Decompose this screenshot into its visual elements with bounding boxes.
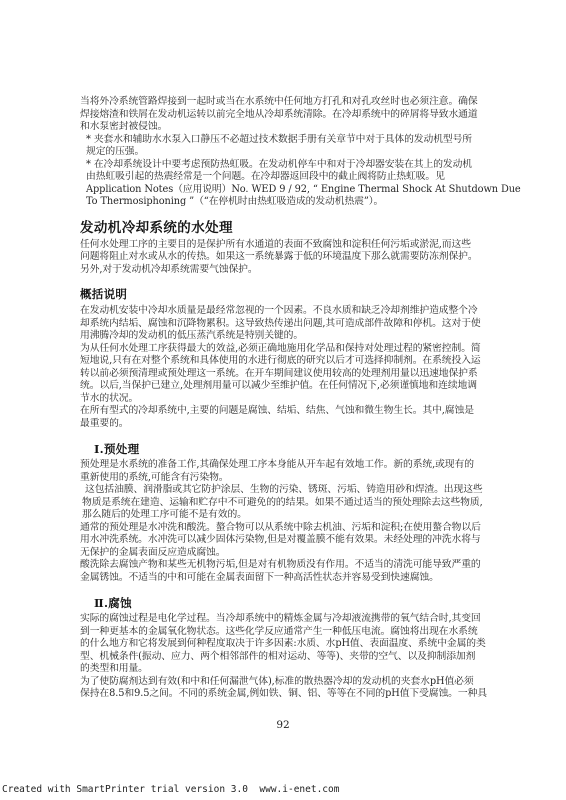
paragraph: 当将外冷系统管路焊接到一起时或当在水系统中任何地方打孔和对孔攻丝时也必须注意。确… — [80, 96, 494, 134]
document-page: 当将外冷系统管路焊接到一起时或当在水系统中任何地方打孔和对孔攻丝时也必须注意。确… — [0, 0, 566, 800]
page-number: 92 — [0, 719, 566, 731]
paragraph: 通常的预处理是水冲洗和酸洗。螯合物可以从系统中除去机油、污垢和淀积;在使用螯合物… — [80, 522, 494, 560]
paragraph: 为了使防腐剂达到有效(和中和任何漏泄气体),标准的散热器冷却的发动机的夹套水pH… — [80, 676, 494, 701]
watermark-footer: Created with SmartPrinter trial version … — [2, 784, 339, 795]
subsection-heading: 概括说明 — [80, 287, 494, 301]
bullet-paragraph: * 夹套水和辅助水水泵入口静压不必超过技术数据手册有关章节中对于具体的发动机型号… — [80, 134, 494, 159]
document-body: 当将外冷系统管路焊接到一起时或当在水系统中任何地方打孔和对孔攻丝时也必须注意。确… — [80, 96, 494, 701]
section-title: 发动机冷却系统的水处理 — [80, 220, 494, 236]
bullet-paragraph: * 在冷却系统设计中要考虑预防热虹吸。在发动机停车中和对于冷却器安装在其上的发动… — [80, 159, 494, 209]
paragraph: 为从任何水处理工序获得最大的效益,必须正确地施用化学品和保持对处理过程的紧密控制… — [80, 343, 494, 406]
paragraph: 这包括油膜、润滑脂或其它防护涂层、生物的污染、锈斑、污垢、铸造用砂和焊渣。出现这… — [80, 484, 494, 522]
paragraph: 酸洗除去腐蚀产物和某些无机物污垢,但是对有机物质没有作用。不适当的清洗可能导致严… — [80, 559, 494, 584]
numbered-heading: Ⅱ.腐蚀 — [80, 596, 494, 610]
paragraph: 任何水处理工序的主要目的是保护所有水通道的表面不致腐蚀和淀积任何污垢或淤泥,而这… — [80, 239, 494, 277]
paragraph: 预处理是水系统的准备工作,其确保处理工序本身能从开车起有效地工作。新的系统,或现… — [80, 459, 494, 484]
paragraph: 实际的腐蚀过程是电化学过程。当冷却系统中的精炼金属与冷却液流携带的氧气结合时,其… — [80, 613, 494, 676]
paragraph: 在所有型式的冷却系统中,主要的问题是腐蚀、结垢、结焦、气蚀和微生物生长。其中,腐… — [80, 405, 494, 430]
numbered-heading: Ⅰ.预处理 — [80, 442, 494, 456]
paragraph: 在发动机安装中冷却水质量是最经常忽视的一个因素。不良水质和缺乏冷却剂维护造成整个… — [80, 305, 494, 343]
